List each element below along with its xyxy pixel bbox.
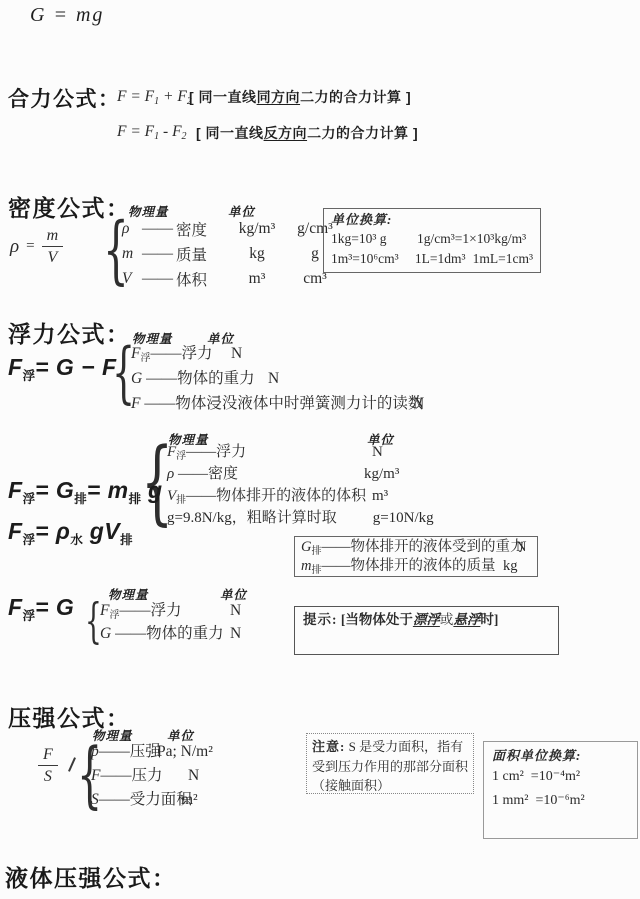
g-value-text: g=9.8N/kg，粗略计算时取 (167, 507, 337, 529)
density-quantity-table: ρ——密度kg/m³g/cm³ m——质量kgg V——体积m³cm³ (122, 216, 342, 291)
fraction-denominator: V (47, 247, 57, 267)
row-text: ——物体浸没液体中时弹簧测力计的读数 (140, 395, 423, 412)
row-symbol: F (167, 444, 176, 460)
formula-resultant-difference: F = F1 - F2 (117, 123, 187, 142)
row-text: ——浮力 (150, 345, 212, 362)
conversion-line: 1kg=10³ g1g/cm³=1×10³kg/m³ (331, 229, 533, 249)
formula-subscript: 排 (74, 492, 87, 506)
formula-text: = G − F (35, 354, 116, 380)
row-symbol: S (91, 791, 99, 808)
formula-subscript: 2 (182, 131, 187, 142)
row-symbol: p (91, 743, 99, 760)
fraction-numerator: m (42, 226, 64, 247)
table-row: F ——物体浸没液体中时弹簧测力计的读数N (131, 391, 471, 416)
table-row: m排——物体排开的液体的质量kg (301, 557, 531, 576)
formula-text: - F (159, 123, 181, 140)
formula-buoyancy-rho-g-v: F浮= ρ水 gV排 (8, 518, 133, 548)
box-title: 单位换算: (331, 211, 533, 229)
row-unit: N (188, 764, 199, 788)
row-unit: N (516, 538, 526, 557)
tip-box: 提示: [当物体处于漂浮或悬浮时] (294, 606, 559, 655)
floating-quantity-table: F浮——浮力N G ——物体的重力N (100, 599, 300, 645)
row-unit-si: kg/m³ (226, 220, 288, 238)
conversion-item: 1kg=10³ g (331, 229, 417, 249)
table-row: p——压强Pa; N/m² (91, 740, 331, 764)
formula-text: F (8, 354, 23, 380)
unit-conversion-box: 单位换算: 1kg=10³ g1g/cm³=1×10³kg/m³ 1m³=10⁶… (323, 208, 541, 273)
table-row: S——受力面积m² (91, 788, 331, 812)
tip-text: [当物体处于 (338, 612, 413, 627)
physics-formula-sheet: G = mg 合力公式： F = F1 + F2 [ 同一直线同方向二力的合力计… (0, 0, 640, 899)
formula-subscript: 水 (70, 533, 83, 547)
row-symbol: V (122, 270, 142, 288)
formula-text: F (8, 594, 23, 620)
table-row: F浮——浮力N (167, 441, 467, 463)
formula-text: gV (83, 518, 120, 544)
table-row: ρ ——密度kg/m³ (167, 463, 467, 485)
conversion-item: 1g/cm³=1×10³kg/m³ (417, 229, 526, 249)
table-row: ρ——密度kg/m³g/cm³ (122, 216, 342, 241)
row-unit: N (372, 441, 383, 463)
formula-text: F = F (117, 88, 154, 105)
row-unit: kg/m³ (364, 463, 399, 485)
row-unit-si: kg (226, 245, 288, 263)
row-subscript: 浮 (140, 353, 150, 364)
row-text: ——物体排开的液体受到的重力 (321, 539, 524, 555)
conversion-item: 1m³=10⁶cm³ (331, 249, 415, 269)
note-text: [ 同一直线 (196, 125, 264, 141)
conversion-item: 1L=1dm³ (415, 249, 473, 269)
formula-text: = ρ (35, 518, 70, 544)
row-symbol: m (301, 558, 311, 574)
row-text: ——物体的重力 (142, 370, 254, 387)
table-row: V排——物体排开的液体的体积m³ (167, 485, 467, 507)
box-title: 面积单位换算: (492, 747, 629, 765)
formula-text: + F (159, 88, 187, 105)
table-row: F浮——浮力N (100, 599, 300, 622)
tip-suspended: 悬浮 (453, 612, 480, 627)
formula-subscript: 浮 (23, 533, 36, 547)
row-unit: N (413, 391, 424, 416)
row-symbol: V (167, 488, 176, 504)
tip-text: 或 (440, 612, 454, 627)
row-text: ——浮力 (186, 444, 246, 460)
formula-text: = m (87, 477, 129, 503)
heading-resultant-force: 合力公式： (8, 83, 121, 113)
row-dash: —— (142, 270, 176, 288)
note-text: 二力的合力计算 ] (307, 125, 418, 141)
displaced-liquid-box: G排——物体排开的液体受到的重力N m排——物体排开的液体的质量kg (294, 536, 538, 577)
tip-floating: 漂浮 (413, 612, 440, 627)
row-name: 体积 (176, 268, 226, 290)
formula-subscript: 浮 (23, 609, 36, 623)
row-unit-si: m³ (226, 270, 288, 288)
formula-buoyancy-displaced-weight: F浮= G排= m排 g (8, 477, 163, 507)
conversion-item: 1mL=1cm³ (473, 249, 533, 269)
row-symbol: G (100, 625, 111, 642)
buoyancy-quantity-table: F浮——浮力N G ——物体的重力N F ——物体浸没液体中时弹簧测力计的读数N (131, 341, 471, 416)
formula-text: F = F (117, 123, 154, 140)
row-unit: m² (181, 788, 198, 812)
row-unit: N (268, 366, 279, 391)
table-row: G ——物体的重力N (131, 366, 471, 391)
formula-subscript: 排 (120, 533, 133, 547)
tip-label: 提示: (303, 612, 338, 627)
table-row: G排——物体排开的液体受到的重力N (301, 538, 531, 557)
formula-text: g (141, 477, 162, 503)
table-row: V——体积m³cm³ (122, 266, 342, 291)
formula-subscript: 排 (129, 492, 142, 506)
row-name: 质量 (176, 243, 226, 265)
formula-gravity: G = mg (30, 4, 104, 27)
attention-box: 注意: S 是受力面积，指有受到压力作用的那部分面积（接触面积） (306, 733, 474, 794)
formula-subscript: 浮 (23, 369, 36, 383)
displaced-quantity-table: F浮——浮力N ρ ——密度kg/m³ V排——物体排开的液体的体积m³ g=9… (167, 441, 467, 529)
row-subscript: 排 (176, 495, 186, 506)
fraction-m-over-v: mV (42, 226, 64, 267)
attention-label: 注意: (312, 739, 345, 754)
row-text: ——密度 (174, 466, 238, 482)
row-text: ——物体的重力 (111, 625, 223, 642)
tick-mark (68, 757, 76, 772)
row-subscript: 浮 (109, 610, 119, 621)
note-text: [ 同一直线 (189, 89, 257, 105)
conversion-line: 1m³=10⁶cm³1L=1dm³1mL=1cm³ (331, 249, 533, 269)
row-subscript: 浮 (176, 451, 186, 462)
g-approx-value: g=10N/kg (373, 507, 434, 529)
conversion-item: 1 cm² =10⁻⁴m² (492, 765, 629, 789)
row-symbol: G (131, 370, 142, 387)
equals-sign: = (26, 238, 34, 255)
note-opposite-direction: [ 同一直线反方向二力的合力计算 ] (196, 123, 418, 143)
row-subscript: 排 (311, 565, 321, 576)
table-row: m——质量kgg (122, 241, 342, 266)
formula-pressure-fraction: FS (38, 745, 58, 786)
row-dash: —— (142, 245, 176, 263)
row-text: ——物体排开的液体的体积 (186, 488, 366, 504)
row-symbol: m (122, 245, 142, 263)
table-row: F浮——浮力N (131, 341, 471, 366)
row-unit: kg (503, 557, 518, 576)
row-unit: m³ (372, 485, 388, 507)
table-row: F——压力N (91, 764, 331, 788)
row-unit: N (231, 341, 242, 366)
row-name: 密度 (176, 218, 226, 240)
row-dash: —— (142, 220, 176, 238)
row-subscript: 排 (311, 546, 321, 557)
table-row: G ——物体的重力N (100, 622, 300, 645)
note-underlined: 反方向 (264, 125, 308, 141)
fraction-denominator: S (44, 766, 52, 786)
row-text: ——物体排开的液体的质量 (321, 558, 495, 574)
formula-text: = G (35, 477, 74, 503)
formula-density-fraction: ρ = mV (10, 226, 63, 267)
row-text: ——压强 (99, 743, 161, 760)
row-text: ——受力面积 (99, 791, 192, 808)
formula-text: = G (35, 594, 74, 620)
note-same-direction: [ 同一直线同方向二力的合力计算 ] (189, 87, 411, 107)
note-underlined: 同方向 (257, 89, 301, 105)
row-unit: N (230, 599, 241, 622)
note-text: 二力的合力计算 ] (300, 89, 411, 105)
area-conversion-box: 面积单位换算: 1 cm² =10⁻⁴m² 1 mm² =10⁻⁶m² (483, 741, 638, 839)
fraction-numerator: F (38, 745, 58, 766)
row-unit: Pa; N/m² (157, 740, 213, 764)
tip-text: 时] (480, 612, 498, 627)
formula-subscript: 浮 (23, 492, 36, 506)
formula-text: F (8, 477, 23, 503)
formula-text: F (8, 518, 23, 544)
formula-buoyancy-g-minus-f: F浮= G − F (8, 354, 117, 384)
pressure-quantity-table: p——压强Pa; N/m² F——压力N S——受力面积m² (91, 740, 331, 812)
g-value-line: g=9.8N/kg，粗略计算时取g=10N/kg (167, 507, 467, 529)
formula-resultant-sum: F = F1 + F2 (117, 88, 192, 107)
formula-buoyancy-equals-weight: F浮= G (8, 594, 74, 624)
row-text: ——浮力 (119, 602, 181, 619)
formula-rho: ρ (10, 236, 19, 258)
heading-liquid-pressure: 液体压强公式： (5, 860, 177, 893)
row-text: ——压力 (100, 767, 162, 784)
row-symbol: ρ (122, 220, 142, 238)
row-symbol: G (301, 539, 311, 555)
conversion-item: 1 mm² =10⁻⁶m² (492, 789, 629, 813)
row-unit: N (230, 622, 241, 645)
